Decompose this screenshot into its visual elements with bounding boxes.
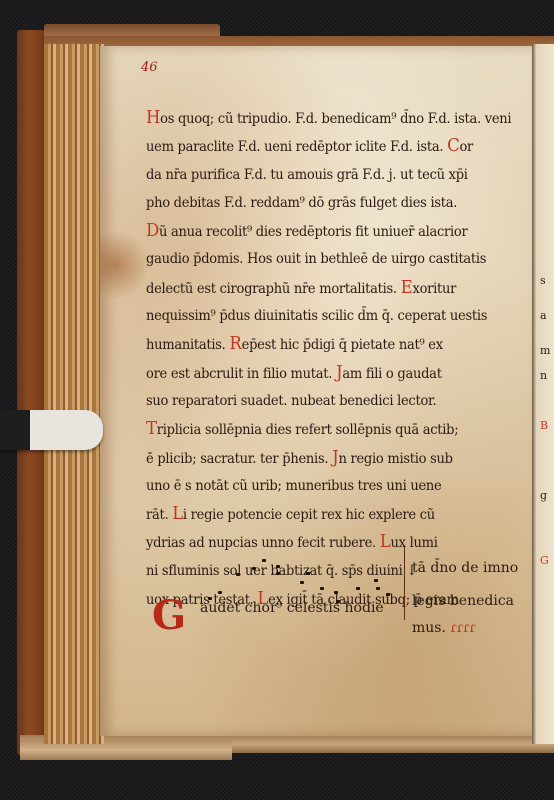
line-text: n regio mistio sub — [338, 451, 452, 467]
water-stain — [100, 230, 150, 300]
book-cover-spine — [17, 30, 47, 755]
line-text: xoritur — [412, 281, 456, 297]
line-text: riplicia sollēpnia dies refert sollēpnis… — [157, 422, 459, 438]
line-text: pho debitas F.d. reddam⁹ dō grās fulget … — [146, 195, 457, 211]
rubric-initial: E — [401, 277, 413, 298]
neume-dot — [236, 573, 240, 576]
adjacent-text-fragment: a — [540, 309, 547, 322]
rubric-initial: C — [447, 135, 459, 156]
line-text: ux lumi — [391, 535, 438, 551]
line-text: ydrias ad nupcias unno fecit rubere. — [146, 535, 380, 551]
rubric-initial: L — [380, 531, 391, 552]
text-line: Triplicia sollēpnia dies refert sollēpni… — [146, 415, 491, 443]
neume-dot — [334, 591, 338, 594]
decorated-initial: G — [152, 592, 186, 639]
line-text: ē plicib; sacratur. ter p̄henis. — [146, 451, 332, 467]
neume-dot — [386, 593, 390, 596]
rubric-initial: T — [146, 418, 157, 439]
rubric-initial: H — [146, 107, 160, 128]
text-line: Dũ anua recolit⁹ dies redēptoris fit uni… — [146, 217, 491, 245]
rubric-flourish: ɾɾɾɾ — [450, 620, 475, 636]
neume-dot — [356, 587, 360, 590]
line-text: delectũ est cirographũ nr̄e mortalitatis… — [146, 281, 401, 297]
right-column-line: tā d̄no de imno — [412, 555, 518, 582]
text-line: ē plicib; sacratur. ter p̄henis. Jn regi… — [146, 444, 491, 472]
text-line: Hos quoq; cũ tripudio. F.d. benedicam⁹ d… — [146, 104, 491, 132]
rubric-initial: L — [172, 503, 183, 524]
line-text: rāt. — [146, 507, 172, 523]
text-line: da nr̄a purifica F.d. tu amouis grā F.d.… — [146, 161, 491, 189]
line-text: suo reparatori suadet. nubeat benedici l… — [146, 393, 436, 409]
rubric-initial: D — [146, 220, 159, 241]
text-line: uno ē s notāt cũ urib; muneribus tres un… — [146, 472, 491, 500]
neume-dot — [262, 559, 266, 562]
neume-dot — [374, 579, 378, 582]
line-text: gaudio p̄domis. Hos ouit in bethleē de u… — [146, 251, 486, 267]
adjacent-text-fragment: n — [540, 369, 547, 382]
text-line: uem paraclite F.d. ueni redēptor iclite … — [146, 132, 491, 160]
neume-dot — [252, 567, 256, 570]
chant-text: audet chor⁹ celestis hodie — [200, 600, 384, 616]
bookmark-tab — [0, 410, 103, 450]
line-text: da nr̄a purifica F.d. tu amouis grā F.d.… — [146, 167, 468, 183]
line-text: am fili o gaudat — [342, 366, 441, 382]
main-text-block: Hos quoq; cũ tripudio. F.d. benedicam⁹ d… — [146, 104, 521, 613]
neume-dot — [320, 587, 324, 590]
line-text: humanitatis. — [146, 337, 229, 353]
neume-dot — [376, 587, 380, 590]
folio-number: 46 — [141, 60, 158, 75]
right-column-line: legis benedica — [412, 588, 518, 615]
adjacent-text-fragment: s — [540, 274, 546, 287]
text-line: nequissim⁹ p̄dus diuinitatis scilic d̄m … — [146, 302, 491, 330]
neume-dot — [306, 572, 310, 575]
adjacent-rubric-fragment: B — [540, 419, 548, 432]
line-text: nequissim⁹ p̄dus diuinitatis scilic d̄m … — [146, 308, 487, 324]
text-line: ore est abcrulit in filio mutat. Jam fil… — [146, 359, 491, 387]
line-text: i regie potencie cepit rex hic explere c… — [183, 507, 435, 523]
line-text: os quoq; cũ tripudio. F.d. benedicam⁹ d̄… — [160, 111, 511, 127]
line-text: ũ anua recolit⁹ dies redēptoris fit uniu… — [159, 224, 467, 240]
text-line: humanitatis. Rep̄est hic p̄digi q̄ pieta… — [146, 330, 491, 358]
line-text: ep̄est hic p̄digi q̄ pietate nat⁹ ex — [242, 337, 443, 353]
line-text: mus. — [412, 620, 446, 636]
line-text: uno ē s notāt cũ urib; muneribus tres un… — [146, 478, 442, 494]
adjacent-text-fragment: g — [540, 489, 547, 502]
neume-dot — [276, 565, 280, 568]
right-column-line: mus. ɾɾɾɾ — [412, 615, 518, 642]
text-line: suo reparatori suadet. nubeat benedici l… — [146, 387, 491, 415]
text-line: delectũ est cirographũ nr̄e mortalitatis… — [146, 274, 491, 302]
text-line: gaudio p̄domis. Hos ouit in bethleē de u… — [146, 245, 491, 273]
column-divider — [404, 545, 405, 620]
neume-dot — [300, 581, 304, 584]
line-text: ore est abcrulit in filio mutat. — [146, 366, 336, 382]
adjacent-page-edge: s a m n B g G — [532, 44, 554, 744]
text-line: pho debitas F.d. reddam⁹ dō grās fulget … — [146, 189, 491, 217]
text-line: rāt. Li regie potencie cepit rex hic exp… — [146, 500, 491, 528]
right-column-text: tā d̄no de imno legis benedica mus. ɾɾɾɾ — [412, 555, 518, 642]
rubric-initial: R — [229, 333, 241, 354]
line-text: uem paraclite F.d. ueni redēptor iclite … — [146, 139, 447, 155]
manuscript-photo: s a m n B g G 46 Hos quoq; cũ tripudio. … — [0, 0, 554, 800]
adjacent-rubric-fragment: G — [540, 554, 549, 567]
adjacent-text-fragment: m — [540, 344, 550, 357]
neume-dot — [276, 572, 280, 575]
text-line: ydrias ad nupcias unno fecit rubere. Lux… — [146, 528, 491, 556]
neume-dot — [218, 591, 222, 594]
page-stack-edges — [44, 44, 104, 744]
line-text: or — [459, 139, 473, 155]
